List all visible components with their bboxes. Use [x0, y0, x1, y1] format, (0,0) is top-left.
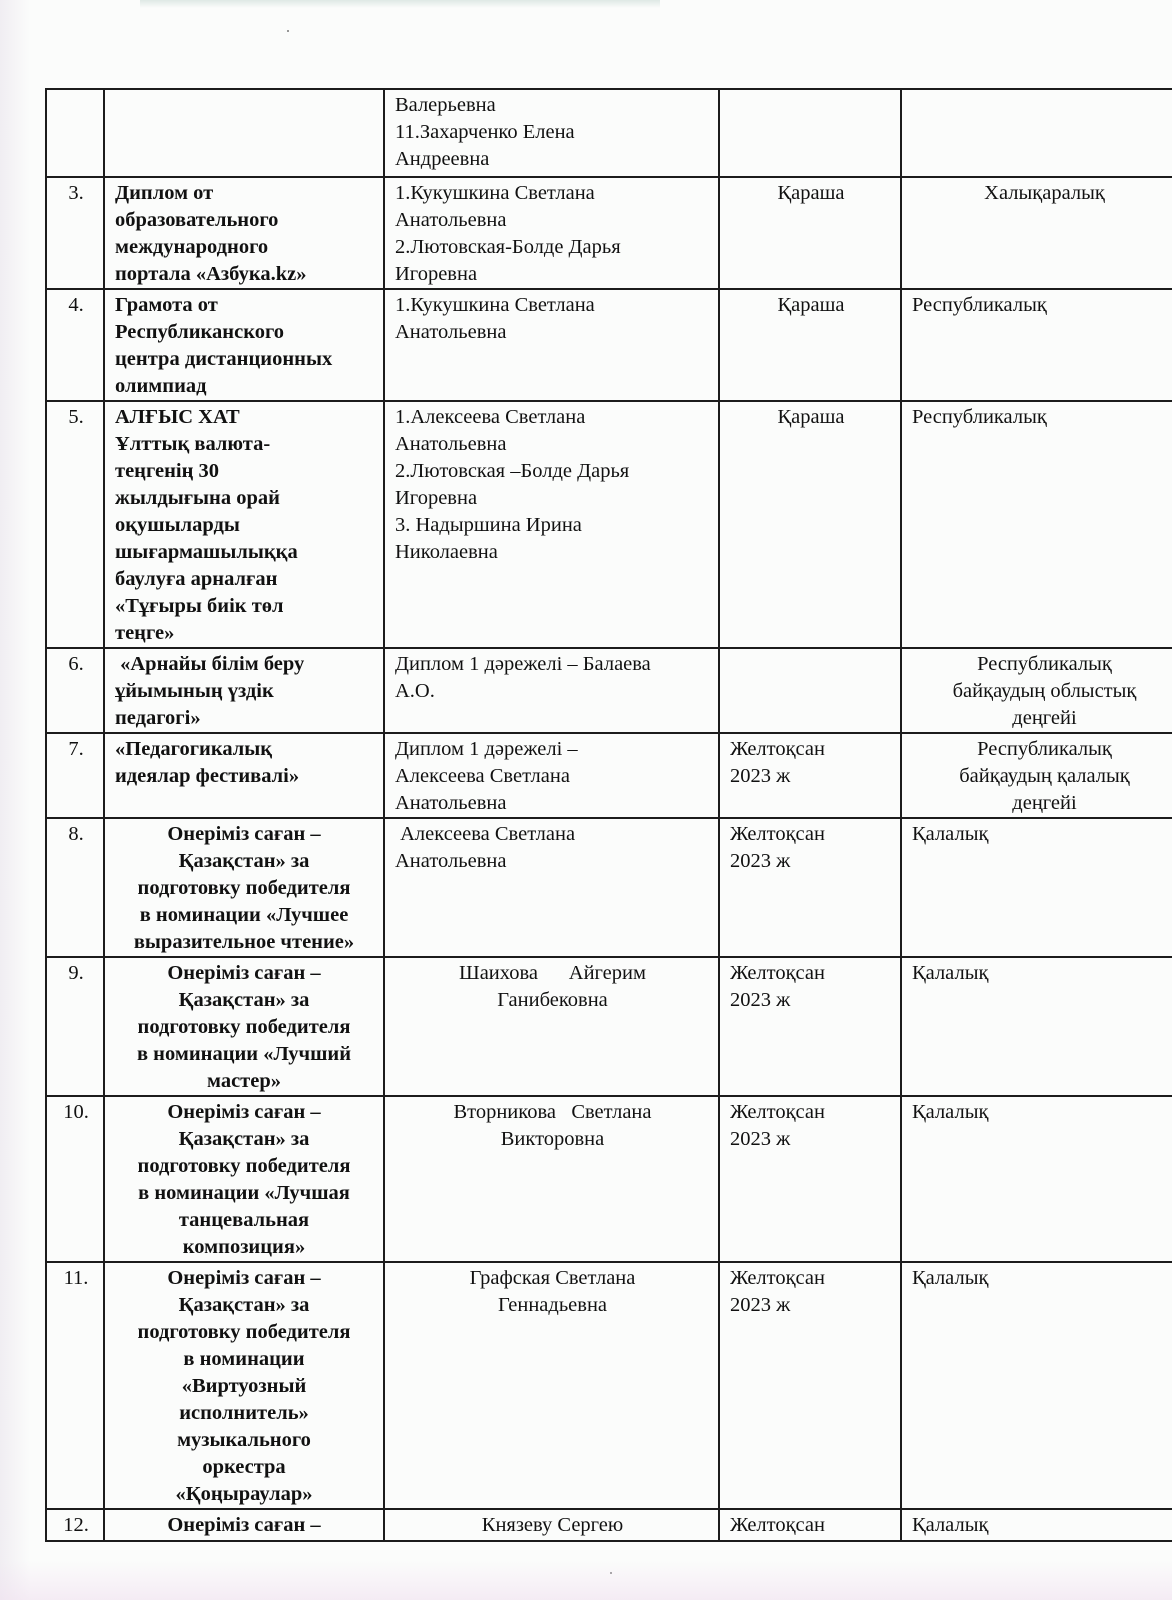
date: Желтоқсан2023 ж: [719, 1262, 901, 1509]
row-number: 10.: [46, 1096, 104, 1262]
cell-line: Қазақстан» за: [109, 848, 379, 875]
row-number: 12.: [46, 1509, 104, 1541]
cell-line: образовательного: [115, 207, 375, 234]
cell-line: центра дистанционных: [115, 346, 375, 373]
participants: Графская СветланаГеннадьевна: [384, 1262, 719, 1509]
cell-line: педагогі»: [115, 705, 375, 732]
page-shadow-edge: [0, 0, 30, 1600]
row-number: 7.: [46, 733, 104, 818]
cell-line: Викторовна: [395, 1126, 710, 1153]
cell-line: Желтоқсан: [730, 960, 892, 987]
cell-line: портала «Азбука.kz»: [115, 261, 375, 288]
cell-line: олимпиад: [115, 373, 375, 400]
cell-line: теңге»: [115, 620, 375, 647]
table-row: 8. Онеріміз саған –Қазақстан» заподготов…: [46, 818, 1172, 957]
cell-line: Қараша: [730, 180, 892, 207]
row-number: [46, 89, 104, 177]
cell-line: Республиканского: [115, 319, 375, 346]
award-title: Диплом отобразовательногомеждународногоп…: [104, 177, 384, 289]
level: Қалалық: [901, 1096, 1172, 1262]
cell-line: Қазақстан» за: [109, 1292, 379, 1319]
award-title: Онеріміз саған –Қазақстан» заподготовку …: [104, 1262, 384, 1509]
date: Қараша: [719, 401, 901, 648]
cell-line: «Қоңыраулар»: [109, 1481, 379, 1508]
participants: Вторникова СветланаВикторовна: [384, 1096, 719, 1262]
date: [719, 648, 901, 733]
cell-line: Николаевна: [395, 539, 710, 566]
cell-line: Желтоқсан: [730, 1099, 892, 1126]
cell-line: Шаихова Айгерим: [395, 960, 710, 987]
table-row: 6. «Арнайы білім беруұйымының үздікпедаг…: [46, 648, 1172, 733]
cell-line: Қараша: [730, 404, 892, 431]
scan-bottom-tint: [0, 1560, 1172, 1600]
cell-line: Ұлттық валюта-: [115, 431, 375, 458]
cell-line: Геннадьевна: [395, 1292, 710, 1319]
cell-line: Қазақстан» за: [109, 987, 379, 1014]
participants: Шаихова АйгеримГанибековна: [384, 957, 719, 1096]
cell-line: Онеріміз саған –: [109, 1099, 379, 1126]
cell-line: Онеріміз саған –: [109, 960, 379, 987]
award-title: Онеріміз саған –Қазақстан» заподготовку …: [104, 957, 384, 1096]
cell-line: подготовку победителя: [109, 875, 379, 902]
cell-line: 11.Захарченко Елена: [395, 119, 710, 146]
cell-line: в номинации «Лучшее: [109, 902, 379, 929]
level: [901, 89, 1172, 177]
cell-line: деңгейі: [912, 705, 1172, 732]
cell-line: деңгейі: [912, 790, 1172, 817]
cell-line: Андреевна: [395, 146, 710, 173]
cell-line: оқушыларды: [115, 512, 375, 539]
cell-line: ұйымының үздік: [115, 678, 375, 705]
date: Қараша: [719, 289, 901, 401]
cell-line: танцевальная: [109, 1207, 379, 1234]
cell-line: Республикалық: [912, 292, 1172, 319]
awards-table: Валерьевна11.Захарченко ЕленаАндреевна 3…: [45, 88, 1172, 1542]
participants: Алексеева СветланаАнатольевна: [384, 818, 719, 957]
participants: 1.Кукушкина СветланаАнатольевна: [384, 289, 719, 401]
cell-line: Анатольевна: [395, 207, 710, 234]
cell-line: в номинации «Лучшая: [109, 1180, 379, 1207]
cell-line: баулуға арналған: [115, 566, 375, 593]
participants: 1.Алексеева СветланаАнатольевна2.Лютовск…: [384, 401, 719, 648]
cell-line: «Тұғыры биік төл: [115, 593, 375, 620]
row-number: 5.: [46, 401, 104, 648]
table-row: 11. Онеріміз саған –Қазақстан» заподгото…: [46, 1262, 1172, 1509]
row-number: 3.: [46, 177, 104, 289]
cell-line: Алексеева Светлана: [395, 763, 710, 790]
cell-line: выразительное чтение»: [109, 929, 379, 956]
cell-line: теңгенің 30: [115, 458, 375, 485]
level: Республикалықбайқаудың облыстықдеңгейі: [901, 648, 1172, 733]
cell-line: подготовку победителя: [109, 1153, 379, 1180]
cell-line: Республикалық: [912, 651, 1172, 678]
cell-line: Валерьевна: [395, 92, 710, 119]
award-title: «Арнайы білім беруұйымының үздікпедагогі…: [104, 648, 384, 733]
date: Желтоқсан: [719, 1509, 901, 1541]
table-row: 7. «Педагогикалықидеялар фестивалі» Дипл…: [46, 733, 1172, 818]
date: [719, 89, 901, 177]
cell-line: 2023 ж: [730, 1126, 892, 1153]
cell-line: Қалалық: [912, 1265, 1172, 1292]
table-row: 12. Онеріміз саған – Князеву Сергею Желт…: [46, 1509, 1172, 1541]
cell-line: Халықаралық: [912, 180, 1172, 207]
cell-line: 2023 ж: [730, 987, 892, 1014]
cell-line: оркестра: [109, 1454, 379, 1481]
cell-line: Онеріміз саған –: [109, 1512, 379, 1539]
cell-line: 2023 ж: [730, 848, 892, 875]
cell-line: Диплом 1 дәрежелі – Балаева: [395, 651, 710, 678]
cell-line: шығармашылыққа: [115, 539, 375, 566]
award-title: Онеріміз саған –: [104, 1509, 384, 1541]
cell-line: жылдығына орай: [115, 485, 375, 512]
cell-line: «Арнайы білім беру: [115, 651, 375, 678]
table-row: 10. Онеріміз саған –Қазақстан» заподгото…: [46, 1096, 1172, 1262]
cell-line: Республикалық: [912, 736, 1172, 763]
faded-header-strip: [140, 0, 660, 8]
cell-line: Князеву Сергею: [395, 1512, 710, 1539]
cell-line: Желтоқсан: [730, 1512, 892, 1539]
cell-line: Алексеева Светлана: [395, 821, 710, 848]
cell-line: 1.Кукушкина Светлана: [395, 292, 710, 319]
cell-line: в номинации: [109, 1346, 379, 1373]
cell-line: международного: [115, 234, 375, 261]
award-title: Онеріміз саған –Қазақстан» заподготовку …: [104, 1096, 384, 1262]
level: Қалалық: [901, 1262, 1172, 1509]
cell-line: Қалалық: [912, 821, 1172, 848]
table-row: 4. Грамота отРеспубликанскогоцентра дист…: [46, 289, 1172, 401]
cell-line: 2.Лютовская-Болде Дарья: [395, 234, 710, 261]
cell-line: Қараша: [730, 292, 892, 319]
row-number: 4.: [46, 289, 104, 401]
cell-line: Ганибековна: [395, 987, 710, 1014]
cell-line: Анатольевна: [395, 319, 710, 346]
cell-line: композиция»: [109, 1234, 379, 1261]
cell-line: «Педагогикалық: [115, 736, 375, 763]
date: Желтоқсан2023 ж: [719, 1096, 901, 1262]
cell-line: Онеріміз саған –: [109, 821, 379, 848]
award-title: «Педагогикалықидеялар фестивалі»: [104, 733, 384, 818]
cell-line: Игоревна: [395, 485, 710, 512]
cell-line: Желтоқсан: [730, 821, 892, 848]
cell-line: Анатольевна: [395, 790, 710, 817]
cell-line: Қалалық: [912, 1512, 1172, 1539]
cell-line: в номинации «Лучший: [109, 1041, 379, 1068]
cell-line: Диплом 1 дәрежелі –: [395, 736, 710, 763]
speck: [287, 30, 289, 32]
cell-line: 2023 ж: [730, 763, 892, 790]
participants: Диплом 1 дәрежелі –Алексеева СветланаАна…: [384, 733, 719, 818]
cell-line: музыкального: [109, 1427, 379, 1454]
cell-line: байқаудың қалалық: [912, 763, 1172, 790]
cell-line: 3. Надыршина Ирина: [395, 512, 710, 539]
participants: Князеву Сергею: [384, 1509, 719, 1541]
table-row: Валерьевна11.Захарченко ЕленаАндреевна: [46, 89, 1172, 177]
cell-line: Анатольевна: [395, 431, 710, 458]
cell-line: Грамота от: [115, 292, 375, 319]
award-title: АЛҒЫС ХАТҰлттық валюта-теңгенің 30жылдығ…: [104, 401, 384, 648]
level: Қалалық: [901, 1509, 1172, 1541]
cell-line: Қазақстан» за: [109, 1126, 379, 1153]
cell-line: А.О.: [395, 678, 710, 705]
cell-line: 1.Алексеева Светлана: [395, 404, 710, 431]
cell-line: 1.Кукушкина Светлана: [395, 180, 710, 207]
cell-line: 2.Лютовская –Болде Дарья: [395, 458, 710, 485]
table-row: 3. Диплом отобразовательногомеждународно…: [46, 177, 1172, 289]
cell-line: мастер»: [109, 1068, 379, 1095]
cell-line: Қалалық: [912, 1099, 1172, 1126]
cell-line: Вторникова Светлана: [395, 1099, 710, 1126]
cell-line: 2023 ж: [730, 1292, 892, 1319]
level: Республикалық: [901, 401, 1172, 648]
row-number: 11.: [46, 1262, 104, 1509]
cell-line: Республикалық: [912, 404, 1172, 431]
level: Қалалық: [901, 818, 1172, 957]
award-title: Онеріміз саған –Қазақстан» заподготовку …: [104, 818, 384, 957]
level: Халықаралық: [901, 177, 1172, 289]
cell-line: подготовку победителя: [109, 1319, 379, 1346]
row-number: 8.: [46, 818, 104, 957]
participants: Диплом 1 дәрежелі – БалаеваА.О.: [384, 648, 719, 733]
cell-line: идеялар фестивалі»: [115, 763, 375, 790]
cell-line: подготовку победителя: [109, 1014, 379, 1041]
cell-line: Игоревна: [395, 261, 710, 288]
date: Желтоқсан2023 ж: [719, 733, 901, 818]
cell-line: «Виртуозный: [109, 1373, 379, 1400]
cell-line: Онеріміз саған –: [109, 1265, 379, 1292]
table-row: 9. Онеріміз саған –Қазақстан» заподготов…: [46, 957, 1172, 1096]
cell-line: Анатольевна: [395, 848, 710, 875]
row-number: 6.: [46, 648, 104, 733]
level: Республикалықбайқаудың қалалықдеңгейі: [901, 733, 1172, 818]
cell-line: исполнитель»: [109, 1400, 379, 1427]
cell-line: Желтоқсан: [730, 736, 892, 763]
level: Республикалық: [901, 289, 1172, 401]
cell-line: байқаудың облыстық: [912, 678, 1172, 705]
cell-line: Желтоқсан: [730, 1265, 892, 1292]
cell-line: Диплом от: [115, 180, 375, 207]
award-title: Грамота отРеспубликанскогоцентра дистанц…: [104, 289, 384, 401]
date: Қараша: [719, 177, 901, 289]
date: Желтоқсан2023 ж: [719, 957, 901, 1096]
participants: 1.Кукушкина СветланаАнатольевна2.Лютовск…: [384, 177, 719, 289]
table-row: 5. АЛҒЫС ХАТҰлттық валюта-теңгенің 30жыл…: [46, 401, 1172, 648]
participants: Валерьевна11.Захарченко ЕленаАндреевна: [384, 89, 719, 177]
date: Желтоқсан2023 ж: [719, 818, 901, 957]
cell-line: АЛҒЫС ХАТ: [115, 404, 375, 431]
row-number: 9.: [46, 957, 104, 1096]
level: Қалалық: [901, 957, 1172, 1096]
award-title: [104, 89, 384, 177]
cell-line: Қалалық: [912, 960, 1172, 987]
cell-line: Графская Светлана: [395, 1265, 710, 1292]
